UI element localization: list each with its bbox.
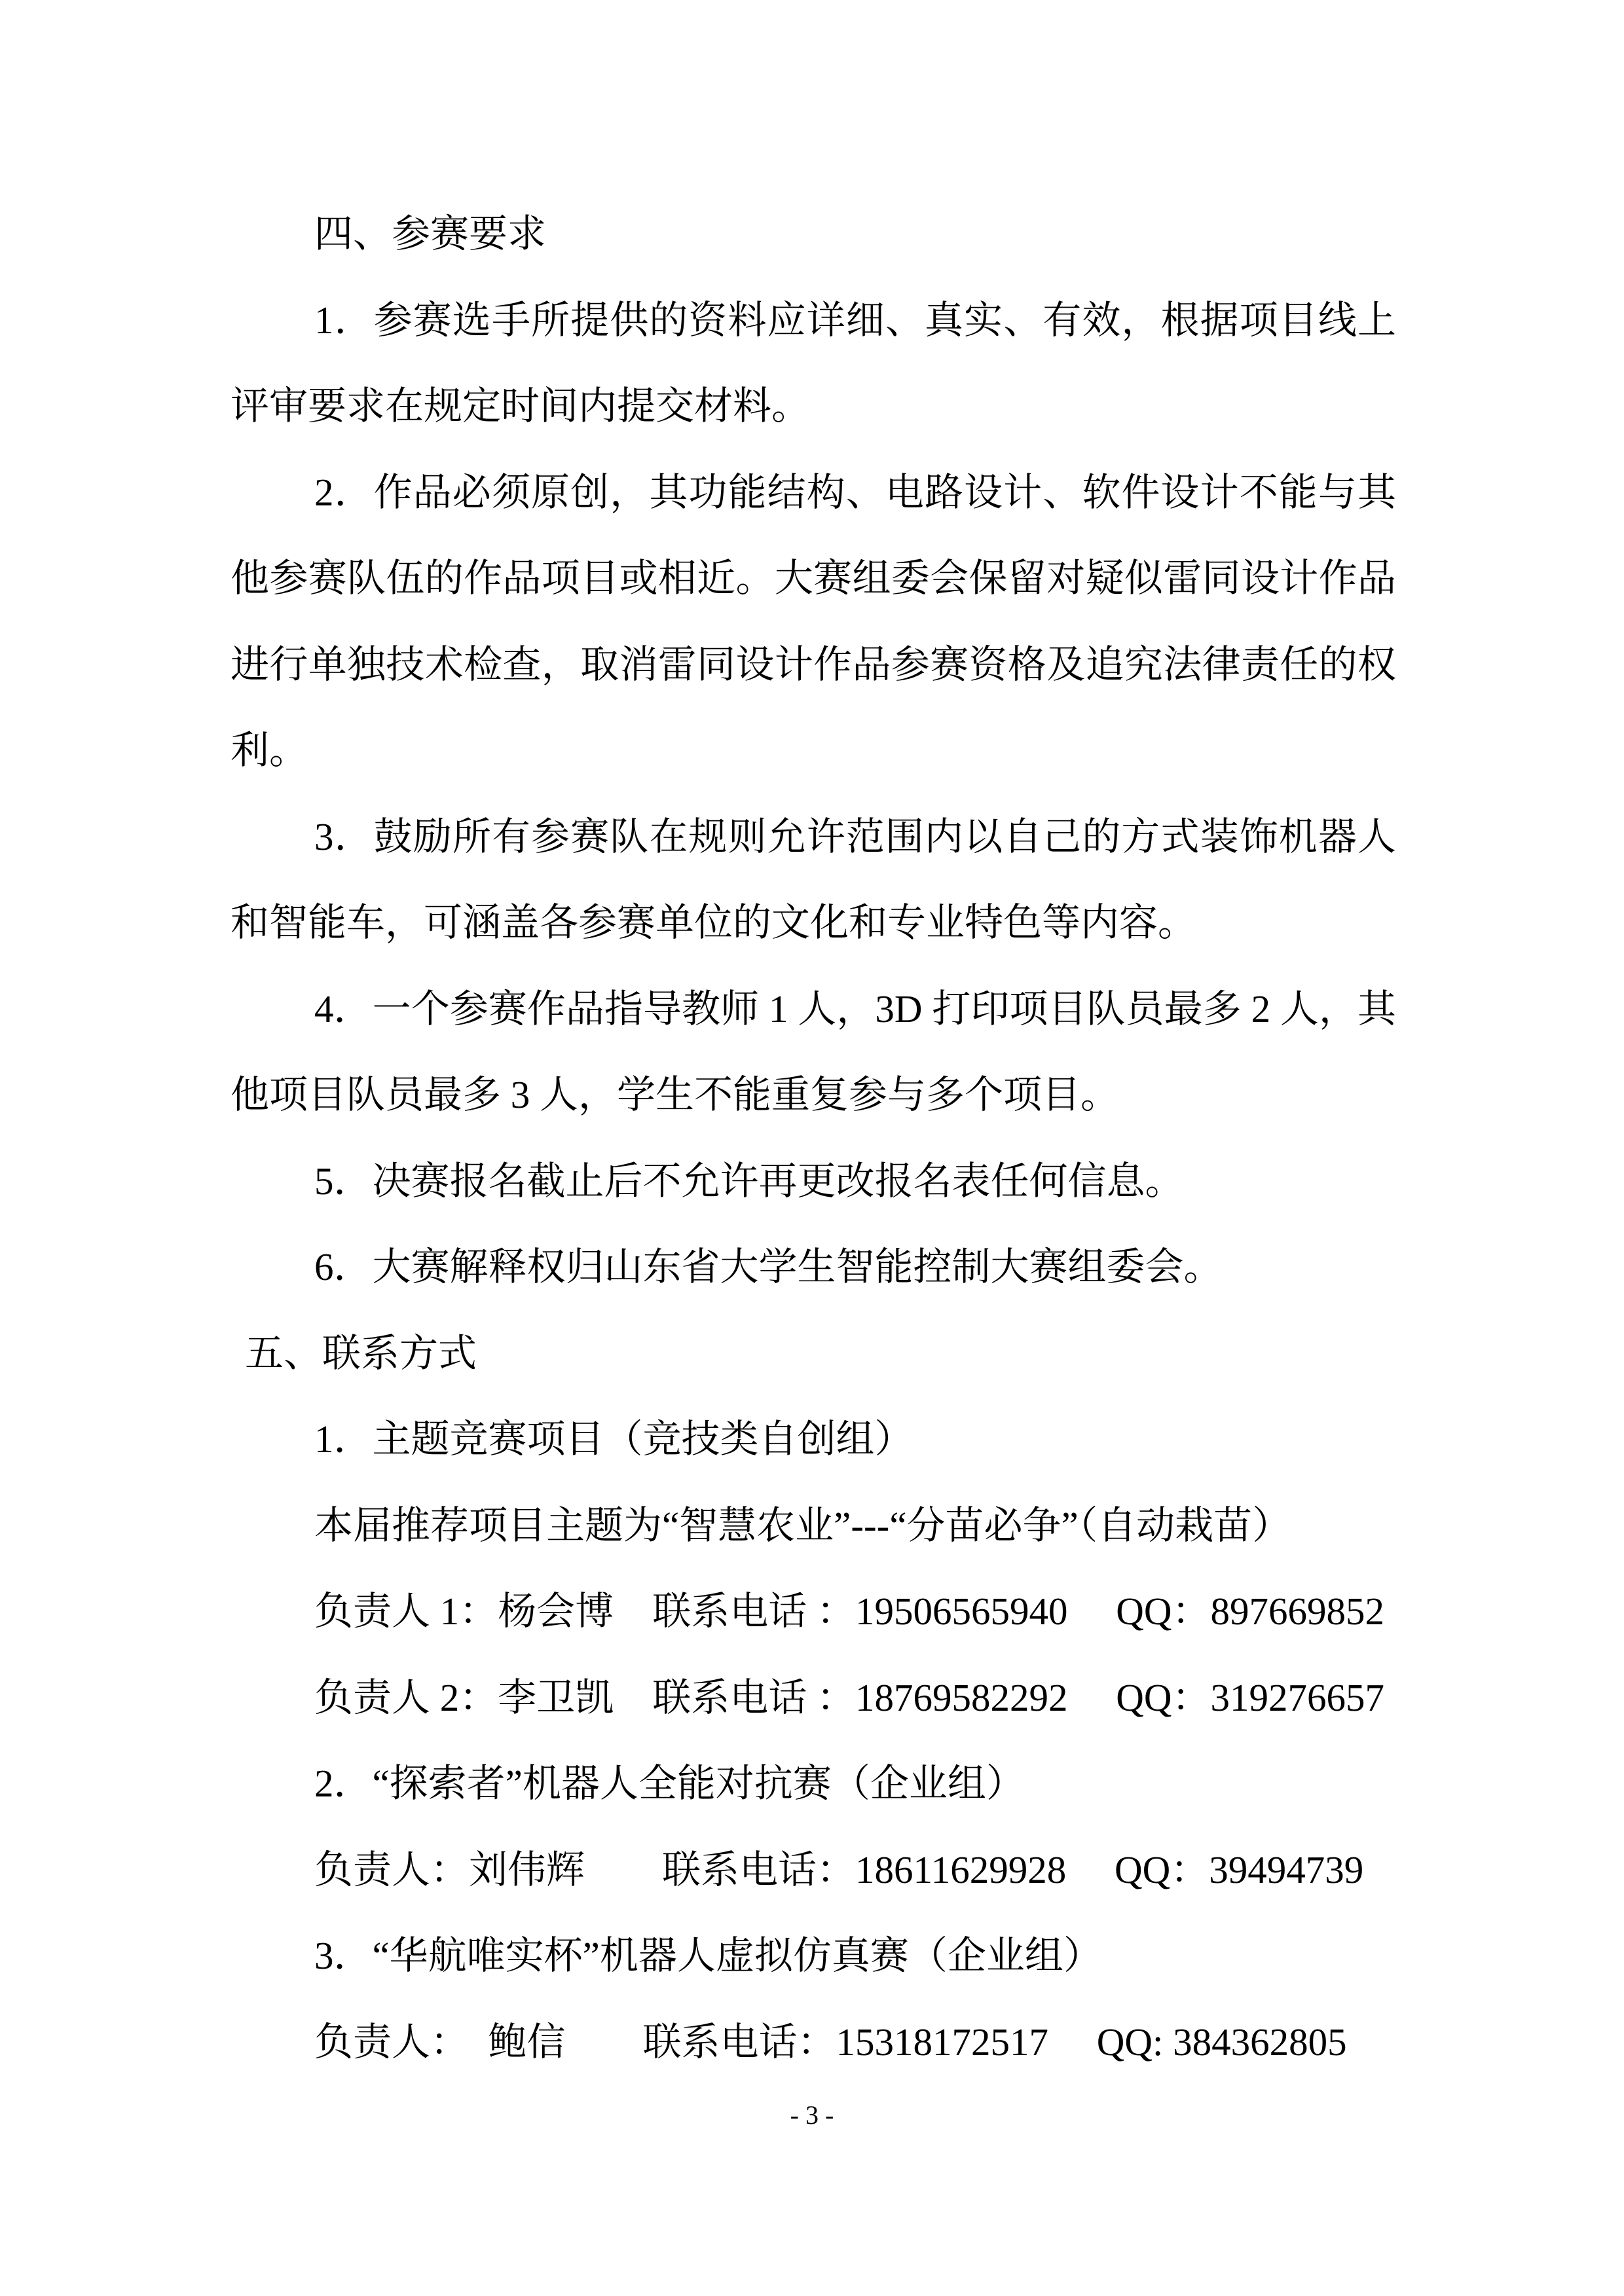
list-item: 1．主题竞赛项目（竞技类自创组） [231,1396,1396,1483]
document-body: 四、参赛要求1．参赛选手所提供的资料应详细、真实、有效，根据项目线上评审要求在规… [231,191,1396,2085]
list-item: 3．“华航唯实杯”机器人虚拟仿真赛（企业组） [231,1913,1396,1999]
list-item: 4．一个参赛作品指导教师 1 人，3D 打印项目队员最多 2 人，其 [231,966,1396,1053]
list-item: 1．参赛选手所提供的资料应详细、真实、有效，根据项目线上 [231,278,1396,364]
contact-line: 负责人： 鲍信 联系电话：15318172517 QQ: 384362805 [231,1999,1396,2086]
list-item-continuation: 利。 [231,708,1396,794]
list-item: 2．作品必须原创，其功能结构、电路设计、软件设计不能与其 [231,450,1396,536]
list-item: 5．决赛报名截止后不允许再更改报名表任何信息。 [231,1139,1396,1225]
list-item-continuation: 进行单独技术检查，取消雷同设计作品参赛资格及追究法律责任的权 [231,622,1396,708]
paragraph: 本届推荐项目主题为“智慧农业”---“分苗必争”（自动栽苗） [231,1483,1396,1569]
page-number: - 3 - [0,2099,1624,2132]
contact-line: 负责人 1：杨会博 联系电话 ：19506565940 QQ：897669852 [231,1569,1396,1655]
list-item: 2．“探索者”机器人全能对抗赛（企业组） [231,1741,1396,1827]
section-heading-5: 五、联系方式 [231,1311,1396,1397]
list-item-continuation: 他项目队员最多 3 人，学生不能重复参与多个项目。 [231,1052,1396,1139]
list-item-continuation: 和智能车，可涵盖各参赛单位的文化和专业特色等内容。 [231,880,1396,966]
list-item: 3．鼓励所有参赛队在规则允许范围内以自己的方式装饰机器人 [231,794,1396,881]
document-page: 四、参赛要求1．参赛选手所提供的资料应详细、真实、有效，根据项目线上评审要求在规… [0,0,1624,2296]
contact-line: 负责人：刘伟辉 联系电话：18611629928 QQ：39494739 [231,1827,1396,1914]
list-item: 6．大赛解释权归山东省大学生智能控制大赛组委会。 [231,1224,1396,1311]
contact-line: 负责人 2：李卫凯 联系电话 ：18769582292 QQ：319276657 [231,1655,1396,1741]
list-item-continuation: 评审要求在规定时间内提交材料。 [231,363,1396,450]
section-heading-4: 四、参赛要求 [231,191,1396,278]
list-item-continuation: 他参赛队伍的作品项目或相近。大赛组委会保留对疑似雷同设计作品 [231,536,1396,622]
